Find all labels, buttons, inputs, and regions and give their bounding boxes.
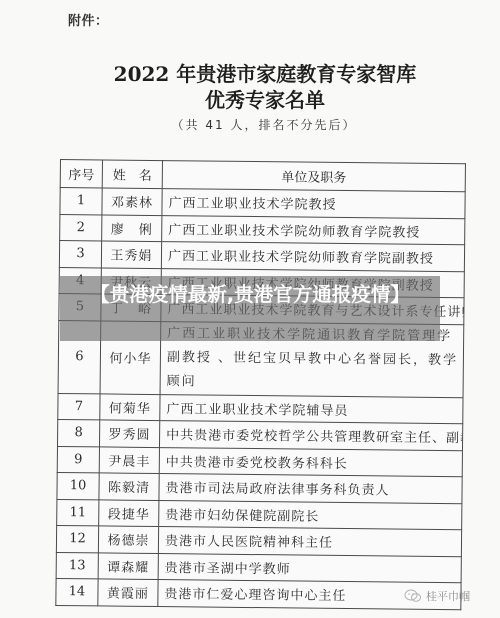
experts-table-container: 序号 姓 名 单位及职务 1 邓素林 广西工业职业技术学院教授 2 廖 俐 广西… (55, 159, 465, 610)
header-no: 序号 (60, 160, 102, 188)
cell-name: 邓素林 (102, 188, 162, 215)
cell-no: 14 (56, 578, 98, 605)
source-watermark: 桂平巾帼 (404, 588, 470, 604)
document-title-line1: 2022 年贵港市家庭教育专家智库 (0, 58, 500, 87)
cell-no: 8 (57, 419, 99, 446)
cell-name: 段捷华 (99, 499, 159, 526)
cell-no: 7 (58, 393, 100, 420)
header-unit: 单位及职务 (162, 161, 465, 192)
table-row: 8 罗秀圆 中共贵港市委党校哲学公共管理教研室主任、副教授 (57, 419, 462, 450)
attachment-label: 附件： (68, 10, 109, 29)
cell-unit: 贵港市圣湖中学教师 (158, 553, 461, 583)
cell-unit: 广西工业职业技术学院教授 (162, 189, 465, 219)
table-row: 2 廖 俐 广西工业职业技术学院幼师教育学院教授 (60, 214, 465, 245)
cell-name: 何菊华 (100, 393, 160, 420)
document-page: 附件： 2022 年贵港市家庭教育专家智库 优秀专家名单 （共 41 人，排名不… (0, 0, 500, 618)
cell-name: 谭森耀 (98, 552, 158, 579)
table-header-row: 序号 姓 名 单位及职务 (60, 160, 465, 192)
cell-unit: 中共贵港市委党校哲学公共管理教研室主任、副教授 (159, 421, 462, 451)
cell-unit: 广西工业职业技术学院幼师教育学院副教授 (161, 242, 464, 272)
cell-unit: 贵港市司法局政府法律事务科负责人 (159, 474, 462, 504)
cell-no: 3 (59, 241, 101, 268)
experts-table: 序号 姓 名 单位及职务 1 邓素林 广西工业职业技术学院教授 2 廖 俐 广西… (55, 159, 466, 610)
cell-name: 廖 俐 (102, 214, 162, 241)
cell-name: 杨德崇 (98, 526, 158, 553)
watermark-text: 桂平巾帼 (426, 588, 470, 604)
table-row: 1 邓素林 广西工业职业技术学院教授 (60, 188, 465, 219)
cell-no: 2 (60, 214, 102, 241)
header-name: 姓 名 (102, 160, 162, 189)
table-row: 9 尹晨丰 中共贵港市委党校教务科科长 (57, 446, 462, 477)
cell-unit: 广西工业职业技术学院幼师教育学院教授 (162, 215, 465, 245)
table-row: 13 谭森耀 贵港市圣湖中学教师 (56, 552, 461, 583)
table-row: 7 何菊华 广西工业职业技术学院辅导员 (58, 393, 463, 424)
table-row: 11 段捷华 贵港市妇幼保健院副院长 (57, 499, 462, 530)
cell-name: 黄霞丽 (98, 579, 158, 606)
document-subtitle: （共 41 人，排名不分先后） (0, 116, 500, 133)
cell-unit: 中共贵港市委党校教务科科长 (159, 447, 462, 477)
cell-no: 12 (56, 525, 98, 552)
cell-no: 11 (57, 499, 99, 526)
document-title-line2: 优秀专家名单 (0, 84, 500, 113)
cell-unit: 贵港市人民医院精神科主任 (158, 527, 461, 557)
table-row: 12 杨德崇 贵港市人民医院精神科主任 (56, 525, 461, 556)
headline-banner[interactable]: 【贵港疫情最新,贵港官方通报疫情】 (60, 276, 440, 341)
wechat-icon (404, 589, 422, 603)
cell-no: 13 (56, 552, 98, 579)
headline-banner-text[interactable]: 【贵港疫情最新,贵港官方通报疫情】 (90, 283, 409, 306)
table-row: 14 黄霞丽 贵港市仁爱心理咨询中心主任 (56, 578, 461, 609)
cell-name: 陈毅清 (99, 473, 159, 500)
cell-name: 王秀娟 (101, 241, 161, 268)
cell-name: 罗秀圆 (99, 420, 159, 447)
table-row: 3 王秀娟 广西工业职业技术学院幼师教育学院副教授 (59, 241, 464, 272)
cell-no: 1 (60, 188, 102, 215)
table-row: 10 陈毅清 贵港市司法局政府法律事务科负责人 (57, 472, 462, 503)
cell-no: 9 (57, 446, 99, 473)
cell-no: 10 (57, 472, 99, 499)
cell-name: 尹晨丰 (99, 446, 159, 473)
cell-unit: 贵港市妇幼保健院副院长 (159, 500, 462, 530)
cell-unit: 广西工业职业技术学院辅导员 (160, 394, 463, 424)
